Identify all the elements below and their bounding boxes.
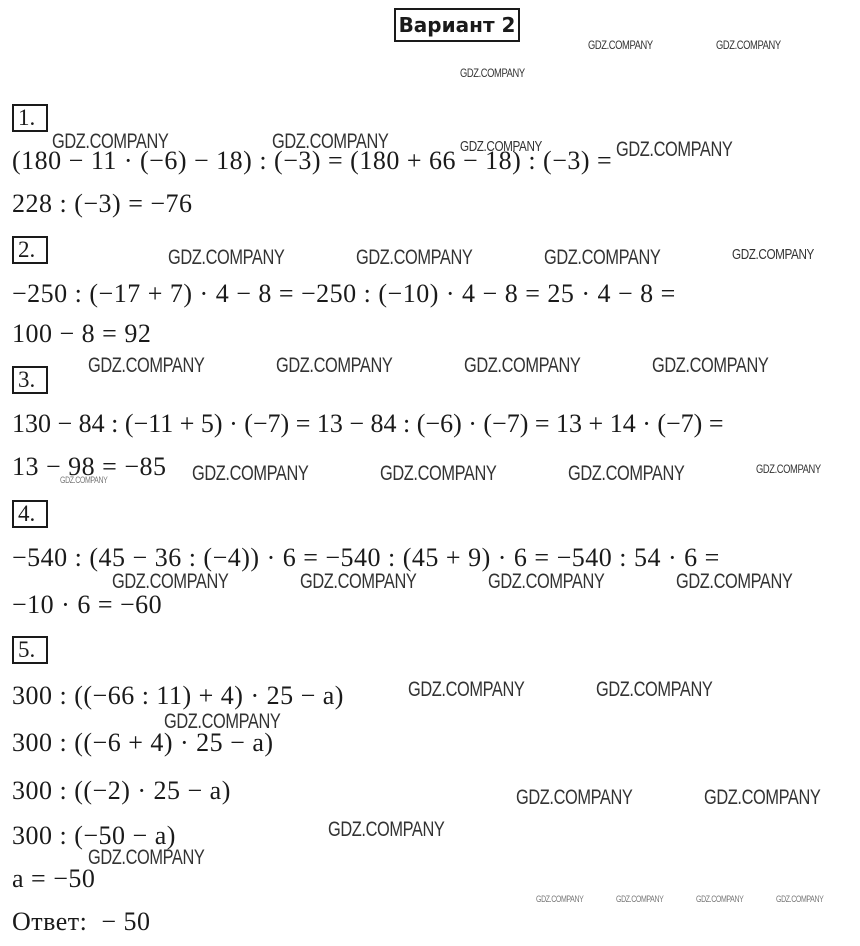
task-4-line-1: −540 : (45 − 36 : (−4)) · 6 = −540 : (45… <box>12 543 720 573</box>
watermark: GDZ.COMPANY <box>776 894 823 904</box>
watermark: GDZ.COMPANY <box>276 354 392 378</box>
watermark: GDZ.COMPANY <box>488 570 604 594</box>
task-number-1: 1. <box>12 104 48 132</box>
watermark: GDZ.COMPANY <box>300 570 416 594</box>
watermark: GDZ.COMPANY <box>616 138 732 162</box>
watermark: GDZ.COMPANY <box>356 246 472 270</box>
task-number-3: 3. <box>12 366 48 394</box>
task-number-4: 4. <box>12 500 48 528</box>
task-4-line-2: −10 · 6 = −60 <box>12 590 162 620</box>
task-number-5: 5. <box>12 636 48 664</box>
watermark: GDZ.COMPANY <box>544 246 660 270</box>
watermark: GDZ.COMPANY <box>616 894 663 904</box>
watermark: GDZ.COMPANY <box>652 354 768 378</box>
watermark: GDZ.COMPANY <box>588 38 653 52</box>
task-2-line-1: −250 : (−17 + 7) · 4 − 8 = −250 : (−10) … <box>12 279 676 309</box>
task-1-line-2: 228 : (−3) = −76 <box>12 189 193 219</box>
watermark: GDZ.COMPANY <box>408 678 524 702</box>
task-number-2: 2. <box>12 236 48 264</box>
watermark: GDZ.COMPANY <box>60 475 107 485</box>
watermark: GDZ.COMPANY <box>756 462 821 476</box>
watermark: GDZ.COMPANY <box>516 786 632 810</box>
variant-title: Вариант 2 <box>394 8 520 42</box>
watermark: GDZ.COMPANY <box>460 66 525 80</box>
watermark: GDZ.COMPANY <box>88 354 204 378</box>
watermark: GDZ.COMPANY <box>536 894 583 904</box>
task-5-line-3: 300 : ((−2) · 25 − a) <box>12 776 231 806</box>
watermark: GDZ.COMPANY <box>52 130 168 154</box>
watermark: GDZ.COMPANY <box>164 710 280 734</box>
task-5-line-5: a = −50 <box>12 864 95 894</box>
watermark: GDZ.COMPANY <box>112 570 228 594</box>
watermark: GDZ.COMPANY <box>460 138 542 155</box>
watermark: GDZ.COMPANY <box>168 246 284 270</box>
watermark: GDZ.COMPANY <box>88 846 204 870</box>
watermark: GDZ.COMPANY <box>696 894 743 904</box>
task-5-line-1: 300 : ((−66 : 11) + 4) · 25 − a) <box>12 681 344 711</box>
watermark: GDZ.COMPANY <box>732 246 814 263</box>
task-5-answer: Ответ: − 50 <box>12 907 151 937</box>
task-2-line-2: 100 − 8 = 92 <box>12 319 151 349</box>
watermark: GDZ.COMPANY <box>380 462 496 486</box>
watermark: GDZ.COMPANY <box>676 570 792 594</box>
watermark: GDZ.COMPANY <box>596 678 712 702</box>
watermark: GDZ.COMPANY <box>716 38 781 52</box>
watermark: GDZ.COMPANY <box>464 354 580 378</box>
watermark: GDZ.COMPANY <box>328 818 444 842</box>
watermark: GDZ.COMPANY <box>272 130 388 154</box>
watermark: GDZ.COMPANY <box>568 462 684 486</box>
task-3-line-1: 130 − 84 : (−11 + 5) · (−7) = 13 − 84 : … <box>12 409 724 439</box>
watermark: GDZ.COMPANY <box>704 786 820 810</box>
watermark: GDZ.COMPANY <box>192 462 308 486</box>
